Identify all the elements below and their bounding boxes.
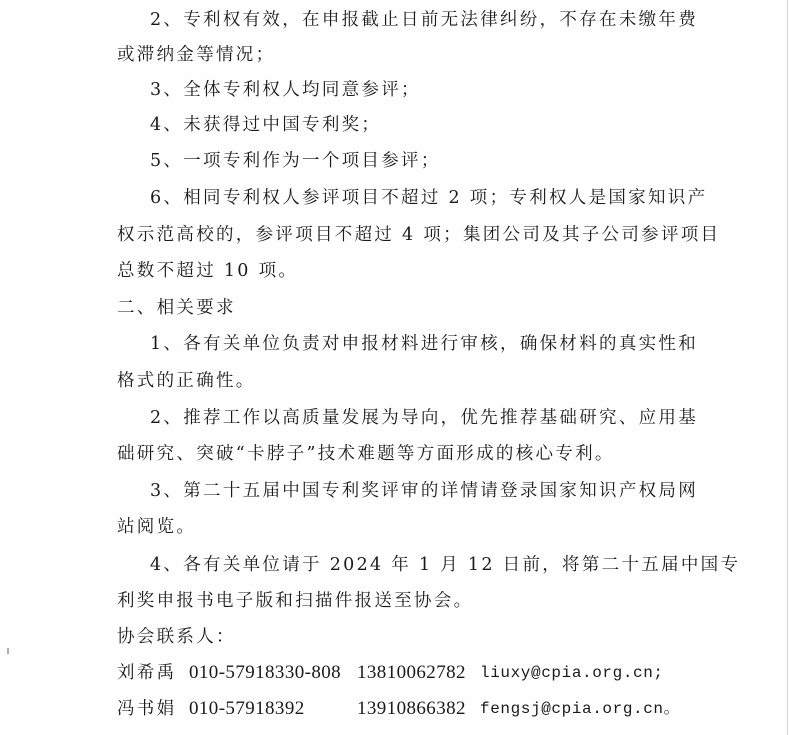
requirement-1-line-1: 1、各有关单位负责对申报材料进行审核，确保材料的真实性和 xyxy=(150,333,698,355)
contact-email: fengsj@cpia.org.cn。 xyxy=(480,698,680,720)
contact-phone: 010-57918330-808 xyxy=(189,662,341,684)
requirement-1-line-2: 格式的正确性。 xyxy=(117,370,256,392)
item-2-line-1: 2、专利权有效，在申报截止日前无法律纠纷，不存在未缴年费 xyxy=(150,9,698,31)
contact-phone: 010-57918392 xyxy=(189,698,305,720)
scanned-document-page: 2、专利权有效，在申报截止日前无法律纠纷，不存在未缴年费 或滞纳金等情况； 3、… xyxy=(0,0,790,735)
requirement-3-line-2: 站阅览。 xyxy=(117,516,196,538)
item-6-line-3: 总数不超过 10 项。 xyxy=(117,260,298,282)
requirement-2-line-2: 础研究、突破“卡脖子”技术难题等方面形成的核心专利。 xyxy=(117,443,615,465)
contact-name: 刘希禹 xyxy=(117,662,176,684)
section-2-heading: 二、相关要求 xyxy=(117,297,236,319)
item-3-line-1: 3、全体专利权人均同意参评； xyxy=(150,79,421,101)
contact-row: 刘希禹 010-57918330-808 13810062782 liuxy@c… xyxy=(117,662,677,684)
scan-edge-line xyxy=(787,0,788,735)
item-6-line-1: 6、相同专利权人参评项目不超过 2 项；专利权人是国家知识产 xyxy=(150,187,707,209)
item-4-line-1: 4、未获得过中国专利奖； xyxy=(150,114,381,136)
contact-name: 冯书娟 xyxy=(117,698,176,720)
item-6-line-2: 权示范高校的，参评项目不超过 4 项；集团公司及其子公司参评项目 xyxy=(117,224,720,246)
item-2-line-2: 或滞纳金等情况； xyxy=(117,44,275,66)
requirement-3-line-1: 3、第二十五届中国专利奖评审的详情请登录国家知识产权局网 xyxy=(150,480,698,502)
contact-email: liuxy@cpia.org.cn; xyxy=(480,662,664,684)
scan-margin-mark xyxy=(7,648,9,654)
contact-row: 冯书娟 010-57918392 13910866382 fengsj@cpia… xyxy=(117,698,677,720)
contacts-heading: 协会联系人： xyxy=(117,626,236,648)
contact-mobile: 13910866382 xyxy=(357,698,466,720)
contact-mobile: 13810062782 xyxy=(357,662,466,684)
requirement-2-line-1: 2、推荐工作以高质量发展为导向，优先推荐基础研究、应用基 xyxy=(150,407,698,429)
requirement-4-line-2: 利奖申报书电子版和扫描件报送至协会。 xyxy=(117,590,473,612)
requirement-4-line-1: 4、各有关单位请于 2024 年 1 月 12 日前，将第二十五届中国专 xyxy=(150,554,740,576)
item-5-line-1: 5、一项专利作为一个项目参评； xyxy=(150,150,441,172)
